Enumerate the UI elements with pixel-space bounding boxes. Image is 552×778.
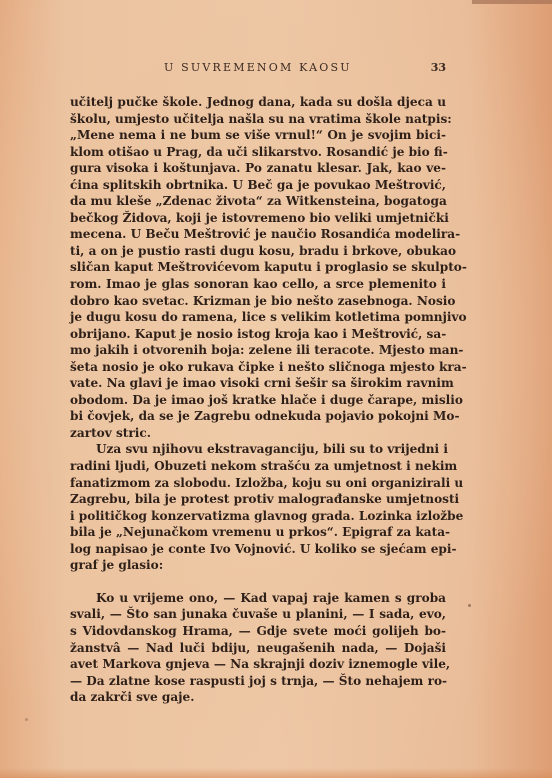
text-line: ćina splitskih obrtnika. U Beč ga je pov… <box>70 177 446 194</box>
text-line: Uza svu njihovu ekstravaganciju, bili su… <box>70 441 446 458</box>
text-line: avet Markova gnjeva — Na skrajnji doziv … <box>70 656 446 673</box>
text-line: i političkog konzervatizma glavnog grada… <box>70 508 446 525</box>
running-header: U SUVREMENOM KAOSU 33 <box>70 61 446 77</box>
paragraph: Uza svu njihovu ekstravaganciju, bili su… <box>70 441 446 573</box>
text-line: radini ljudi, Obuzeti nekom strašću za u… <box>70 458 446 475</box>
text-line: gura visoka i koštunjava. Po zanatu kles… <box>70 160 446 177</box>
text-line: bi čovjek, da se je Zagrebu odnekuda poj… <box>70 408 446 425</box>
text-line: mecena. U Beču Meštrović je naučio Rosan… <box>70 226 446 243</box>
paragraph: učitelj pučke škole. Jednog dana, kada s… <box>70 94 446 441</box>
text-line: vate. Na glavi je imao visoki crni šešir… <box>70 375 446 392</box>
book-page: U SUVREMENOM KAOSU 33 učitelj pučke škol… <box>0 0 552 778</box>
text-line: svali, — Što san junaka čuvaše u planini… <box>70 606 446 623</box>
running-title: U SUVREMENOM KAOSU <box>164 61 352 74</box>
text-line: bečkog Židova, koji je istovremeno bio v… <box>70 210 446 227</box>
paragraph: Ko u vrijeme ono, — Kad vapaj raje kamen… <box>70 590 446 706</box>
page-number: 33 <box>431 61 446 74</box>
paper-speck <box>172 699 174 701</box>
text-line: zartov stric. <box>70 425 446 442</box>
text-line: da zakrči sve gaje. <box>70 689 446 706</box>
text-line: log napisao je conte Ivo Vojnović. U kol… <box>70 541 446 558</box>
text-line: fanatizmom za slobodu. Izložba, koju su … <box>70 475 446 492</box>
text-line: bila je „Nejunačkom vremenu u prkos“. Ep… <box>70 524 446 541</box>
text-line: učitelj pučke škole. Jednog dana, kada s… <box>70 94 446 111</box>
text-line: mo jakih i otvorenih boja: zelene ili te… <box>70 342 446 359</box>
text-line: školu, umjesto učitelja našla su na vrat… <box>70 111 446 128</box>
text-line: rom. Imao je glas sonoran kao cello, a s… <box>70 276 446 293</box>
text-line: klom otišao u Prag, da uči slikarstvo. R… <box>70 144 446 161</box>
text-line: Zagrebu, bila je protest protiv malograđ… <box>70 491 446 508</box>
text-line: da mu kleše „Zdenac života“ za Witkenste… <box>70 193 446 210</box>
text-line: žanstvâ — Nad luči bdiju, neugašenih nad… <box>70 640 446 657</box>
paper-speck <box>468 604 471 607</box>
text-line: Ko u vrijeme ono, — Kad vapaj raje kamen… <box>70 590 446 607</box>
text-line: s Vidovdanskog Hrama, — Gdje svete moći … <box>70 623 446 640</box>
text-line: sličan kaput Meštrovićevom kaputu i prog… <box>70 259 446 276</box>
text-line: obrijano. Kaput je nosio istog kroja kao… <box>70 326 446 343</box>
paper-speck <box>25 718 28 721</box>
page-edge-shadow <box>472 0 552 4</box>
text-line: obodom. Da je imao još kratke hlače i du… <box>70 392 446 409</box>
text-line: graf je glasio: <box>70 557 446 574</box>
text-line: ti, a on je pustio rasti dugu kosu, brad… <box>70 243 446 260</box>
body-text: učitelj pučke škole. Jednog dana, kada s… <box>70 94 446 706</box>
text-line: dobro kao svetac. Krizman je bio nešto z… <box>70 293 446 310</box>
text-line: šeta nosio je oko rukava čipke i nešto s… <box>70 359 446 376</box>
text-line: — Da zlatne kose raspusti joj s trnja, —… <box>70 673 446 690</box>
text-line: je dugu kosu do ramena, lice s velikim k… <box>70 309 446 326</box>
text-line: „Mene nema i ne bum se više vrnul!“ On j… <box>70 127 446 144</box>
stanza-gap <box>70 574 446 590</box>
